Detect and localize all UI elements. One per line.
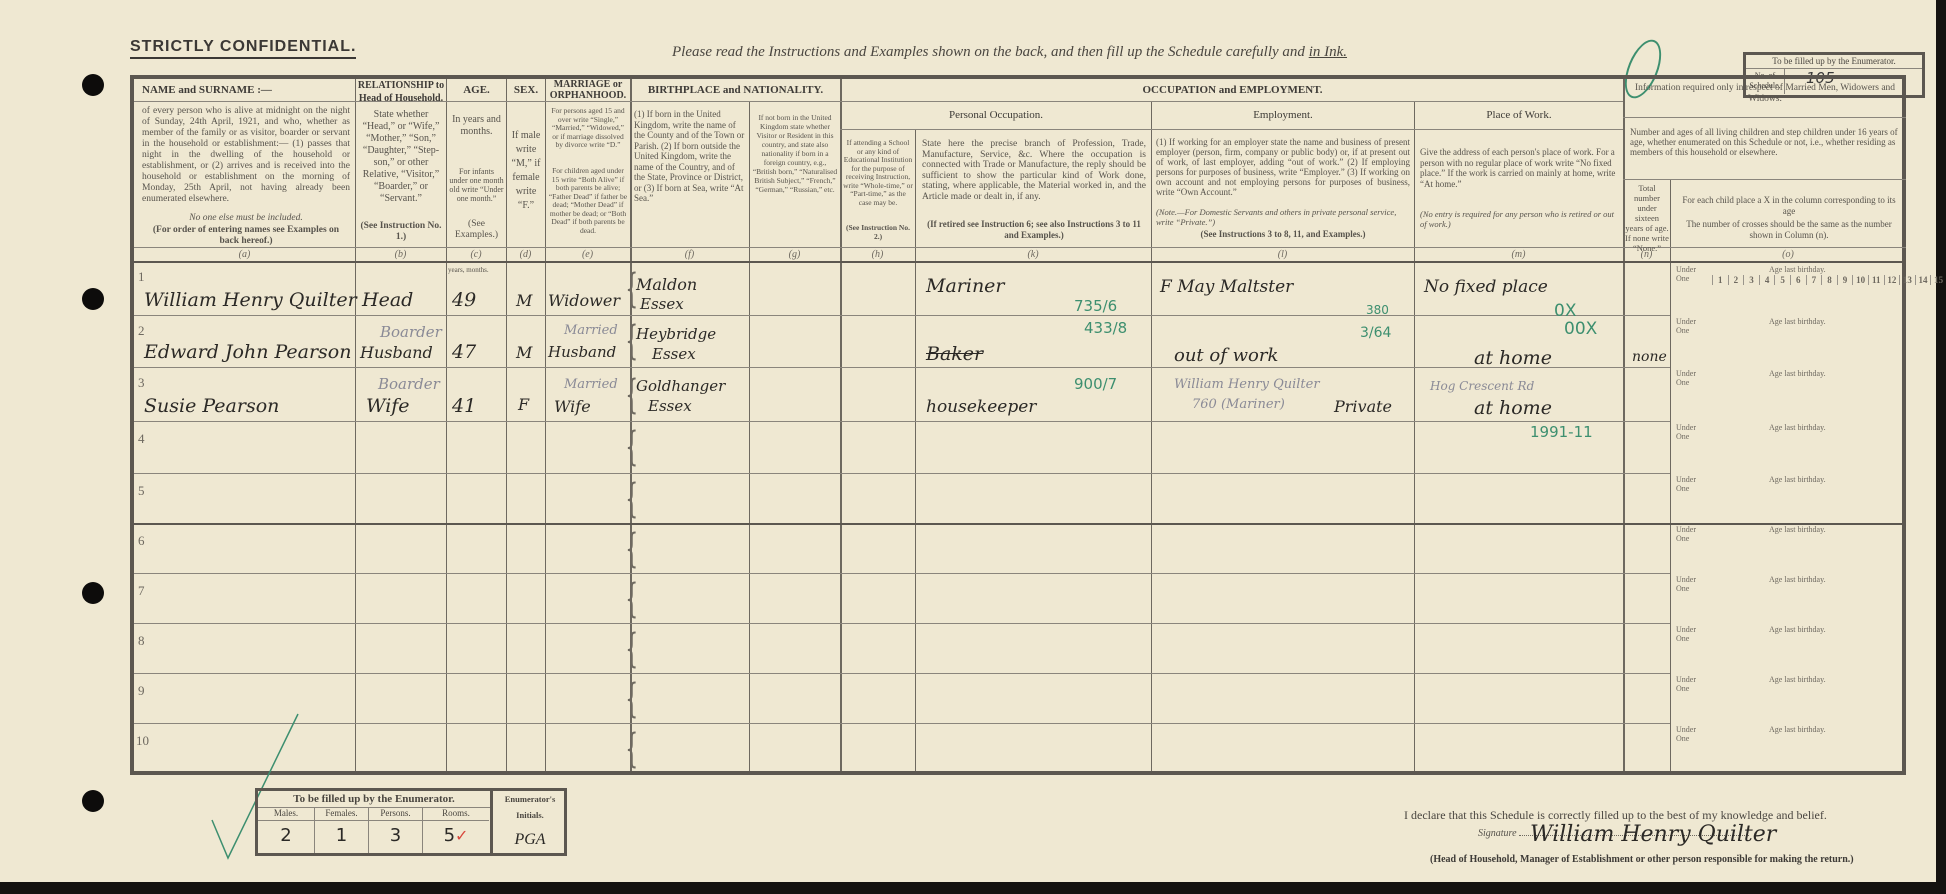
col-d-letter: (d)	[506, 249, 545, 260]
age-grid: Under OneAge last birthday.	[1674, 369, 1906, 419]
relationship[interactable]: Head	[362, 289, 413, 311]
age-caption: Age last birthday.	[1769, 525, 1826, 534]
row-line	[134, 523, 1906, 525]
header-line	[630, 101, 840, 102]
employment[interactable]: Private	[1334, 397, 1392, 416]
under-one-label: Under One	[1676, 369, 1706, 387]
census-schedule-page: STRICTLY CONFIDENTIAL. Please read the I…	[0, 0, 1936, 882]
occupation[interactable]: Baker	[926, 343, 983, 365]
col-c-letter: (c)	[446, 249, 506, 260]
age-5: 5	[1774, 275, 1790, 285]
age-1: 1	[1712, 275, 1728, 285]
row-line	[134, 315, 1670, 316]
age-grid: Under OneAge last birthday.	[1674, 317, 1906, 367]
col-divider	[355, 79, 356, 771]
col-n-letter: (n)	[1623, 249, 1670, 260]
punch-hole	[82, 790, 104, 812]
col-o-text: For each child place a X in the column c…	[1679, 195, 1899, 217]
col-c-title: AGE.	[447, 84, 506, 97]
col-a-text: of every person who is alive at midnight…	[142, 106, 350, 205]
row-number: 3	[138, 375, 145, 391]
occupation-code: 900/7	[1074, 375, 1117, 393]
under-one-label: Under One	[1676, 423, 1706, 441]
sex[interactable]: F	[518, 395, 529, 414]
birthplace-county[interactable]: Essex	[640, 295, 684, 313]
marriage-note: Married	[564, 377, 618, 392]
enumerator-header: To be filled up by the Enumerator.	[258, 791, 490, 808]
under-one-label: Under One	[1676, 725, 1706, 743]
schedule-box-header: To be filled up by the Enumerator.	[1746, 55, 1922, 69]
employment-code: 380	[1366, 303, 1389, 317]
row-line	[134, 367, 1670, 368]
occupation[interactable]: housekeeper	[926, 397, 1036, 417]
personal-occupation-title: Personal Occupation.	[841, 109, 1151, 122]
col-m-note: (No entry is required for any person who…	[1420, 209, 1618, 229]
age-2: 2	[1728, 275, 1744, 285]
age[interactable]: 47	[452, 341, 476, 363]
col-m-text: Give the address of each person's place …	[1420, 147, 1618, 189]
col-a-letter: (a)	[134, 249, 355, 260]
row-line	[134, 421, 1670, 422]
males-label: Males.	[258, 807, 314, 821]
employment[interactable]: F May Maltster	[1160, 277, 1293, 297]
age-14: 14	[1915, 275, 1931, 285]
age-grid: Under OneAge last birthday.	[1674, 525, 1906, 575]
ink-instruction: Please read the Instructions and Example…	[672, 44, 1347, 61]
place-of-work[interactable]: No fixed place	[1424, 277, 1548, 297]
header-bottom-line	[134, 261, 1906, 263]
confidential-heading: STRICTLY CONFIDENTIAL.	[130, 38, 356, 59]
age-caption: Age last birthday.	[1769, 625, 1826, 634]
col-l-note2: (See Instructions 3 to 8, 11, and Exampl…	[1156, 229, 1410, 240]
age-grid: Under OneAge last birthday.	[1674, 725, 1906, 775]
declaration-text: I declare that this Schedule is correctl…	[1404, 808, 1827, 823]
age-6: 6	[1790, 275, 1806, 285]
person-name[interactable]: Edward John Pearson	[144, 341, 352, 363]
col-f-text: (1) If born in the United Kingdom, write…	[634, 109, 746, 204]
marriage-status[interactable]: Wife	[554, 397, 591, 416]
col-l-note: (Note.—For Domestic Servants and others …	[1156, 207, 1410, 227]
header-line	[1623, 117, 1906, 118]
col-divider	[1670, 179, 1671, 771]
children-info-text: Number and ages of all living children a…	[1630, 127, 1900, 157]
col-l-letter: (l)	[1151, 249, 1414, 260]
children-total[interactable]: none	[1632, 349, 1667, 365]
age-grid: Under One Age last birthday. 12345678910…	[1674, 265, 1906, 315]
person-name[interactable]: Susie Pearson	[144, 395, 279, 417]
age-caption: Age last birthday.	[1769, 675, 1826, 684]
instruction-text: Please read the Instructions and Example…	[672, 44, 1309, 60]
col-f-letter: (f)	[630, 249, 749, 260]
signature[interactable]: William Henry Quilter	[1530, 822, 1776, 847]
age-grid: Under OneAge last birthday.	[1674, 423, 1906, 473]
row-number: 9	[138, 683, 145, 699]
employment-code: 3/64	[1360, 325, 1391, 341]
age-caption: Age last birthday.	[1769, 575, 1826, 584]
rooms-cell: Rooms.5✓	[423, 807, 489, 853]
brace: {	[625, 679, 638, 719]
rooms-count[interactable]: 5	[444, 825, 455, 846]
brace: {	[625, 479, 638, 519]
females-count[interactable]: 1	[315, 821, 368, 851]
birthplace-county[interactable]: Essex	[652, 345, 696, 363]
col-h-note: (See Instruction No. 2.)	[843, 224, 913, 241]
col-l-text: (1) If working for an employer state the…	[1156, 137, 1410, 197]
col-a-note: No one else must be included.	[142, 213, 350, 224]
birthplace-title: BIRTHPLACE and NATIONALITY.	[631, 84, 840, 97]
place-code: 1991-11	[1530, 423, 1593, 441]
place-code: 0X	[1554, 301, 1576, 321]
brace: {	[625, 529, 638, 569]
person-name[interactable]: William Henry Quilter	[144, 289, 357, 311]
brace: {	[625, 629, 638, 669]
enumerator-box: To be filled up by the Enumerator. Males…	[255, 788, 567, 856]
row-line	[134, 723, 1670, 724]
col-h-letter: (h)	[840, 249, 915, 260]
row-number: 8	[138, 633, 145, 649]
under-one-label: Under One	[1676, 475, 1706, 493]
col-g-text: If not born in the United Kingdom state …	[752, 113, 838, 194]
relationship[interactable]: Wife	[366, 395, 410, 417]
enumerator-initials[interactable]: PGA	[493, 831, 567, 849]
age-caption: Age last birthday.	[1769, 265, 1826, 274]
brace: {	[625, 729, 638, 769]
enumerator-initials-cell: Enumerator's Initials.PGA	[490, 791, 567, 853]
employment-note: William Henry Quilter	[1174, 377, 1320, 392]
age-7: 7	[1806, 275, 1822, 285]
col-divider	[915, 129, 916, 771]
col-n-text: Total number under sixteen years of age.…	[1625, 183, 1669, 253]
employment-title: Employment.	[1152, 109, 1414, 122]
col-e-text: For persons aged 15 and over write “Sing…	[548, 107, 628, 150]
age-grid: Under OneAge last birthday.	[1674, 475, 1906, 525]
age-11: 11	[1868, 275, 1884, 285]
brace: {	[625, 579, 638, 619]
col-o-letter: (o)	[1670, 249, 1906, 260]
birthplace-county[interactable]: Essex	[648, 397, 692, 415]
under-one-label: Under One	[1676, 317, 1706, 335]
col-e-letter: (e)	[545, 249, 630, 260]
header-line	[840, 129, 1623, 130]
relationship[interactable]: Husband	[360, 343, 433, 362]
red-check-icon: ✓	[455, 826, 468, 845]
under-one-label: Under One	[1676, 625, 1706, 643]
col-e-text2: For children aged under 15 write “Both A…	[548, 167, 628, 235]
col-divider	[446, 79, 447, 771]
row-line	[134, 573, 1670, 574]
age[interactable]: 41	[452, 395, 476, 417]
row-line	[134, 473, 1670, 474]
employment[interactable]: out of work	[1174, 345, 1278, 366]
header-line	[1623, 179, 1906, 180]
marriage-status[interactable]: Widower	[548, 291, 620, 310]
marriage-status[interactable]: Husband	[548, 343, 616, 361]
males-count[interactable]: 2	[258, 821, 314, 851]
col-divider	[749, 101, 750, 771]
row-line	[134, 673, 1670, 674]
marriage-note: Married	[564, 323, 618, 338]
employment-code: 760 (Mariner)	[1192, 397, 1285, 412]
under-one-label: Under One	[1676, 525, 1706, 543]
col-divider	[1151, 101, 1152, 771]
occupation-title: OCCUPATION and EMPLOYMENT.	[841, 84, 1624, 97]
initials-label: Enumerator's Initials.	[493, 791, 567, 823]
punch-hole	[82, 288, 104, 310]
col-g-letter: (g)	[749, 249, 840, 260]
col-c-sub: For infants under one month old write “U…	[449, 167, 504, 203]
age-9: 9	[1837, 275, 1853, 285]
age-grid: Under OneAge last birthday.	[1674, 575, 1906, 625]
header-line	[840, 101, 1623, 102]
age-grid: Under OneAge last birthday.	[1674, 675, 1906, 725]
place-code: 00X	[1564, 319, 1597, 339]
females-cell: Females.1	[315, 807, 369, 853]
age-numbers: 123456789101112131415	[1712, 275, 1946, 285]
age-3: 3	[1743, 275, 1759, 285]
col-a-title: NAME and SURNAME :—	[142, 84, 352, 97]
persons-cell: Persons.3	[369, 807, 423, 853]
place-of-work-title: Place of Work.	[1415, 109, 1623, 122]
instruction-in-ink: in Ink.	[1309, 44, 1347, 60]
col-h-text: If attending a School or any kind of Edu…	[843, 139, 913, 207]
occupation-code: 433/8	[1084, 319, 1127, 337]
row-number: 6	[138, 533, 145, 549]
col-divider	[1414, 101, 1415, 771]
under-one-label: Under One	[1676, 575, 1706, 593]
age-caption: Age last birthday.	[1769, 317, 1826, 326]
place-of-work[interactable]: at home	[1474, 347, 1552, 369]
age-15: 15	[1930, 275, 1946, 285]
persons-label: Persons.	[369, 807, 422, 821]
place-of-work[interactable]: at home	[1474, 397, 1552, 419]
col-a-order: (For order of entering names see Example…	[142, 225, 350, 247]
row-line	[134, 623, 1670, 624]
males-cell: Males.2	[258, 807, 315, 853]
relationship-note: Boarder	[380, 323, 442, 341]
punch-hole	[82, 74, 104, 96]
age-caption: Age last birthday.	[1769, 475, 1826, 484]
birthplace[interactable]: Goldhanger	[636, 377, 725, 395]
col-divider	[840, 79, 842, 771]
col-divider	[545, 79, 546, 771]
sex[interactable]: M	[516, 343, 532, 362]
relationship-note: Boarder	[378, 375, 440, 393]
females-label: Females.	[315, 807, 368, 821]
col-m-letter: (m)	[1414, 249, 1623, 260]
punch-hole	[82, 582, 104, 604]
row-number: 10	[136, 733, 149, 749]
married-info-title: Information required only in respect of …	[1626, 83, 1904, 105]
household-table: NAME and SURNAME :— of every person who …	[130, 75, 1906, 775]
col-d-text: If male write “M,” if female write “F.”	[509, 129, 543, 213]
col-b-title: RELATIONSHIP to Head of Household.	[356, 79, 446, 105]
age-12: 12	[1884, 275, 1900, 285]
under-one-label: Under One	[1676, 265, 1706, 283]
rooms-label: Rooms.	[423, 807, 489, 821]
col-k-note: (If retired see Instruction 6; see also …	[922, 219, 1146, 241]
sex[interactable]: M	[516, 291, 532, 310]
signature-label: Signature	[1478, 828, 1517, 839]
col-b-note: (See Instruction No. 1.)	[358, 221, 444, 243]
age-caption: Age last birthday.	[1769, 423, 1826, 432]
age-10: 10	[1852, 275, 1868, 285]
col-b-text: State whether “Head,” or “Wife,” “Mother…	[358, 109, 444, 205]
col-divider	[506, 79, 507, 771]
age-4: 4	[1759, 275, 1775, 285]
col-b-letter: (b)	[355, 249, 446, 260]
age-grid: Under OneAge last birthday.	[1674, 625, 1906, 675]
age-13: 13	[1899, 275, 1915, 285]
occupation-code: 735/6	[1074, 297, 1117, 315]
age-8: 8	[1821, 275, 1837, 285]
birthplace[interactable]: Heybridge	[636, 325, 716, 343]
place-note: Hog Crescent Rd	[1430, 379, 1534, 393]
brace: {	[625, 427, 638, 467]
under-one-label: Under One	[1676, 675, 1706, 693]
col-k-text: State here the precise branch of Profess…	[922, 139, 1146, 202]
col-e-title: MARRIAGE or ORPHANHOOD.	[546, 79, 630, 101]
signature-caption: (Head of Household, Manager of Establish…	[1430, 854, 1854, 865]
row-number: 2	[138, 323, 145, 339]
col-c-text: In years and months.	[449, 114, 504, 138]
col-o-text2: The number of crosses should be the same…	[1679, 219, 1899, 241]
persons-count[interactable]: 3	[369, 821, 422, 851]
age[interactable]: 49	[452, 289, 476, 311]
col-k-letter: (k)	[915, 249, 1151, 260]
row-number: 5	[138, 483, 145, 499]
col-c-note: (See Examples.)	[449, 219, 504, 241]
birthplace[interactable]: Maldon	[636, 275, 697, 294]
age-caption: Age last birthday.	[1769, 725, 1826, 734]
row-number: 4	[138, 431, 145, 447]
occupation[interactable]: Mariner	[926, 275, 1005, 297]
row-number: 7	[138, 583, 145, 599]
col-d-title: SEX.	[507, 84, 545, 97]
age-subheader: years, months.	[448, 265, 489, 276]
row-number: 1	[138, 269, 145, 285]
age-caption: Age last birthday.	[1769, 369, 1826, 378]
